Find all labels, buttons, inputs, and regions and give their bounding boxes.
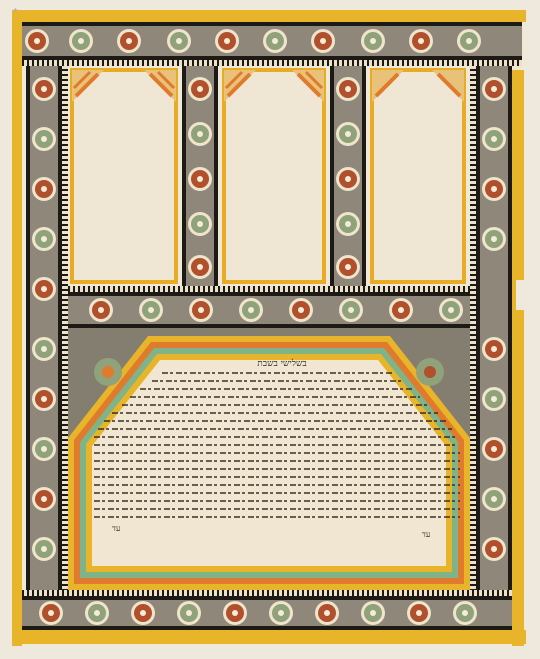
arch-corner-right-icon <box>144 70 176 102</box>
arch-corner-left-icon <box>224 70 256 102</box>
arch-panel-middle <box>222 68 326 284</box>
archive-watermark-icon: ✦ <box>12 6 26 20</box>
signature-right: עד <box>422 530 430 539</box>
arch-corner-right-icon <box>432 70 464 102</box>
yellow-frame-bottom <box>12 630 526 644</box>
arch-corner-left-icon <box>372 70 404 102</box>
signature-left: עד <box>112 524 120 533</box>
dentil-border-right <box>470 66 476 626</box>
torn-edge <box>516 280 528 310</box>
arch-corner-left-icon <box>72 70 104 102</box>
arch-panel-right <box>370 68 466 284</box>
ketubah-heading: בשלישי בשבת <box>222 358 342 369</box>
yellow-frame-left <box>12 10 22 646</box>
manuscript-sheet: בשלישי בשבת עד עד <box>12 10 526 646</box>
yellow-frame-top <box>12 10 526 22</box>
dentil-border-top <box>22 60 522 66</box>
yellow-frame-right <box>512 70 524 646</box>
arch-panel-left <box>70 68 178 284</box>
arch-corner-right-icon <box>292 70 324 102</box>
